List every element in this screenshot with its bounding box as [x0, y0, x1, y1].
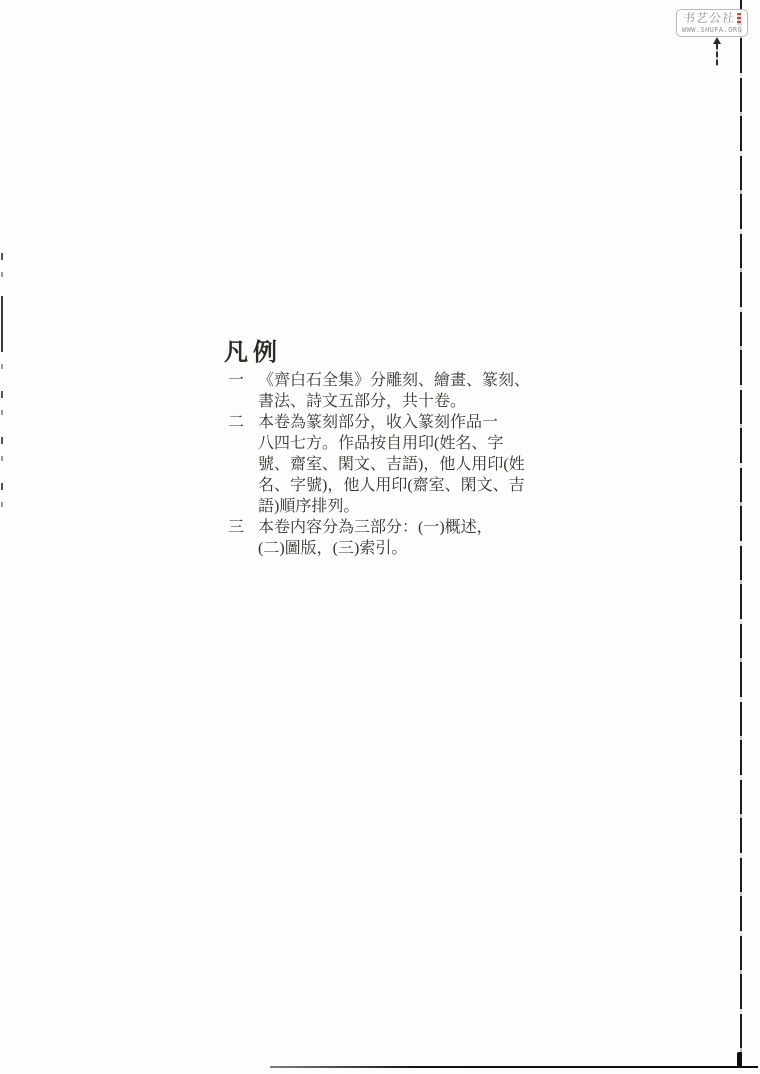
scan-artifact-left-edge-line: [1, 253, 3, 525]
watermark-logo-row: 书艺公社: [683, 12, 741, 26]
text-line: 八四七方。作品按自用印(姓名、字: [258, 433, 533, 454]
text-line: (二)圖版，(三)索引。: [258, 538, 533, 559]
page-title: 凡例: [224, 332, 282, 367]
scan-artifact-corner-blob: [737, 1052, 742, 1068]
item-text: 本卷為篆刻部分，收入篆刻作品一 八四七方。作品按自用印(姓名、字 號、齋室、閑文…: [258, 412, 533, 517]
text-line: 《齊白石全集》分雕刻、繪畫、篆刻、: [258, 370, 533, 391]
note-item-1: 一 《齊白石全集》分雕刻、繪畫、篆刻、 書法、詩文五部分，共十卷。: [228, 370, 533, 412]
item-number: 二: [228, 412, 258, 433]
note-item-2: 二 本卷為篆刻部分，收入篆刻作品一 八四七方。作品按自用印(姓名、字 號、齋室、…: [228, 412, 533, 517]
text-line: 語)順序排列。: [258, 496, 533, 517]
arrow-stem: [716, 44, 718, 66]
shufa-watermark: 书艺公社 WWW.SHUFA.ORG: [676, 9, 748, 37]
item-number: 一: [228, 370, 258, 391]
note-item-3: 三 本卷内容分為三部分：(一)概述， (二)圖版，(三)索引。: [228, 517, 533, 559]
scan-artifact-arrow-mark: [713, 37, 721, 67]
item-number: 三: [228, 517, 258, 538]
scan-artifact-right-edge-line: [740, 0, 742, 1068]
item-text: 《齊白石全集》分雕刻、繪畫、篆刻、 書法、詩文五部分，共十卷。: [258, 370, 533, 412]
red-seal-icon: [737, 13, 741, 25]
text-line: 名、字號)，他人用印(齋室、閑文、吉: [258, 475, 533, 496]
text-line: 本卷内容分為三部分：(一)概述，: [258, 517, 533, 538]
scan-artifact-left-edge-segment: [1, 296, 3, 352]
text-line: 號、齋室、閑文、吉語)，他人用印(姓: [258, 454, 533, 475]
notes-list: 一 《齊白石全集》分雕刻、繪畫、篆刻、 書法、詩文五部分，共十卷。 二 本卷為篆…: [228, 370, 533, 559]
watermark-logo-text: 书艺公社: [682, 12, 735, 25]
text-line: 本卷為篆刻部分，收入篆刻作品一: [258, 412, 533, 433]
scan-artifact-bottom-line: [270, 1066, 758, 1068]
scanned-book-page: 书艺公社 WWW.SHUFA.ORG 凡例 一 《齊白石全集》分雕刻、繪畫、篆刻…: [0, 0, 760, 1074]
text-line: 書法、詩文五部分，共十卷。: [258, 391, 533, 412]
arrow-head: [713, 37, 721, 44]
watermark-url: WWW.SHUFA.ORG: [682, 26, 742, 35]
item-text: 本卷内容分為三部分：(一)概述， (二)圖版，(三)索引。: [258, 517, 533, 559]
